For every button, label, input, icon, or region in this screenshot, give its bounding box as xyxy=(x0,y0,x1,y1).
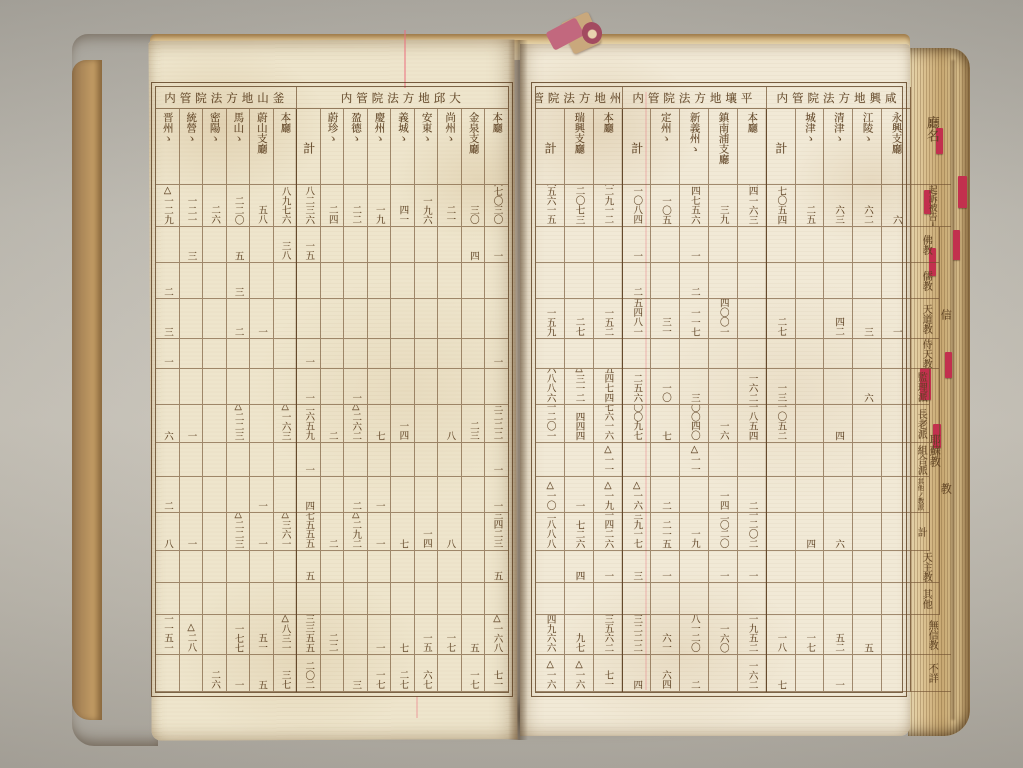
table-cell xyxy=(594,583,623,615)
statistics-table-right-grid: 内管院法方地州海内管院法方地壤平内管院法方地興咸計瑞興支廳本廳計定州ゝ新義州ゝ鎮… xyxy=(535,86,903,693)
table-cell: △八六四一六三 xyxy=(738,185,767,227)
table-row xyxy=(536,339,910,369)
table-cell: 一七 xyxy=(438,615,462,655)
table-cell: 一〇五 xyxy=(651,185,680,227)
table-cell xyxy=(824,583,853,615)
table-cell: 七 xyxy=(767,655,796,692)
table-cell xyxy=(250,227,274,263)
table-cell xyxy=(344,583,368,615)
table-cell: 五 xyxy=(227,227,251,263)
table-cell xyxy=(882,443,910,477)
table-cell: 三〇 xyxy=(462,185,486,227)
court-group-label: 内管院法方地山釜 xyxy=(164,90,288,106)
table-cell: △二〇〇四〇 xyxy=(680,405,709,443)
table-cell xyxy=(391,369,415,405)
office-column-header: 蔚珍ゝ xyxy=(321,109,345,185)
table-cell xyxy=(565,583,594,615)
table-cell xyxy=(623,583,652,615)
table-cell: 一六〇 xyxy=(709,615,738,655)
table-corner-office-name: 廳名 xyxy=(911,87,951,185)
table-cell xyxy=(274,369,298,405)
table-cell xyxy=(594,263,623,299)
table-cell: 五 xyxy=(297,551,321,583)
table-cell: △五三九一七 xyxy=(623,513,652,551)
row-label-category: 計 xyxy=(911,513,929,551)
office-column-total: 計 xyxy=(297,109,321,185)
table-cell: △五四七四 xyxy=(594,369,623,405)
table-cell: 四 xyxy=(297,477,321,513)
table-cell xyxy=(853,339,882,369)
court-group-header: 内管院法方地邱大 xyxy=(297,87,508,109)
table-cell xyxy=(415,369,439,405)
table-cell xyxy=(738,443,767,477)
table-cell xyxy=(824,339,853,369)
table-cell: △二八 xyxy=(180,615,204,655)
table-cell xyxy=(203,299,227,339)
table-cell: 五二 xyxy=(824,615,853,655)
table-row: △一〇一△一九△一六二一四二 xyxy=(536,477,910,513)
table-cell: 二三 xyxy=(462,405,486,443)
table-cell: 七一 xyxy=(485,655,508,692)
office-column-header: 蔚山支廳 xyxy=(250,109,274,185)
table-cell: 二二 xyxy=(321,615,345,655)
table-cell xyxy=(438,655,462,692)
table-cell xyxy=(250,551,274,583)
table-cell xyxy=(274,551,298,583)
table-cell: △二二三 xyxy=(227,405,251,443)
table-cell xyxy=(853,227,882,263)
table-row: △一一△一一 xyxy=(536,443,910,477)
table-cell xyxy=(344,227,368,263)
table-cell xyxy=(824,477,853,513)
table-cell: 一 xyxy=(368,477,392,513)
table-cell: 五 xyxy=(250,655,274,692)
table-cell xyxy=(767,551,796,583)
table-cell xyxy=(680,551,709,583)
court-group-header: 内管院法方地壤平 xyxy=(623,87,767,109)
table-cell: 二 xyxy=(623,263,652,299)
table-cell: 二 xyxy=(680,655,709,692)
table-cell xyxy=(274,477,298,513)
table-cell: 三 xyxy=(227,263,251,299)
table-cell: 一六 xyxy=(709,405,738,443)
table-cell: 一 xyxy=(485,477,508,513)
table-cell: 一 xyxy=(180,405,204,443)
table-cell xyxy=(344,263,368,299)
table-cell: △七〇五四 xyxy=(767,185,796,227)
table-cell: 二 xyxy=(680,263,709,299)
table-row: 八一△二二三一△三六一△二七五五五二△二九二一七一四八△三四二三 xyxy=(156,513,508,551)
table-cell: △二〇七三 xyxy=(565,185,594,227)
table-row: 二二 xyxy=(536,263,910,299)
group-strip-shinkyo: 信教 xyxy=(939,227,951,615)
row-label-category: 不詳 xyxy=(911,655,951,692)
table-cell xyxy=(391,583,415,615)
row-label-category: 監理派 xyxy=(911,369,929,405)
table-cell: 一 xyxy=(297,339,321,369)
table-cell xyxy=(321,299,345,339)
office-column-header: 清津ゝ xyxy=(824,109,853,185)
table-cell: 一 xyxy=(623,227,652,263)
table-cell: 二二〇 xyxy=(227,185,251,227)
table-cell: △一一 xyxy=(680,443,709,477)
table-cell: 二六 xyxy=(203,655,227,692)
table-cell xyxy=(203,263,227,299)
table-cell: △三一二 xyxy=(565,369,594,405)
table-cell: 四四九六六 xyxy=(536,615,565,655)
table-row: △一六△一六七一四六四二一六二七一 xyxy=(536,655,910,692)
table-cell xyxy=(462,477,486,513)
court-group-label: 内管院法方地壤平 xyxy=(632,90,756,106)
table-cell xyxy=(368,443,392,477)
table-cell: △六八八六 xyxy=(536,369,565,405)
table-cell: 一五 xyxy=(415,615,439,655)
table-row: △一一五一△二八一七七五一△八三一△三三五五二二一七一五一七五△一六八 xyxy=(156,615,508,655)
table-cell xyxy=(709,443,738,477)
table-cell xyxy=(344,339,368,369)
table-cell xyxy=(156,655,180,692)
table-cell: 四 xyxy=(623,655,652,692)
table-cell xyxy=(462,583,486,615)
table-cell xyxy=(156,369,180,405)
table-cell xyxy=(882,369,910,405)
table-row: 三二一 xyxy=(156,299,508,339)
table-cell xyxy=(156,551,180,583)
table-cell xyxy=(180,655,204,692)
table-cell: 一 xyxy=(565,477,594,513)
table-cell xyxy=(462,339,486,369)
table-cell: 一 xyxy=(680,227,709,263)
table-cell xyxy=(462,513,486,551)
table-cell: △五四八一 xyxy=(623,299,652,339)
table-cell xyxy=(438,477,462,513)
table-cell xyxy=(882,405,910,443)
office-column-header: 統營ゝ xyxy=(180,109,204,185)
table-cell xyxy=(274,263,298,299)
table-cell xyxy=(623,443,652,477)
office-name-row: 晋州ゝ統營ゝ密陽ゝ馬山ゝ蔚山支廳本廳計蔚珍ゝ盈德ゝ慶州ゝ義城ゝ安東ゝ尚州ゝ金泉支… xyxy=(156,109,508,185)
table-row: 六一△二二三△一六三△二六五九二△二六二七一四八二三△三二二二 xyxy=(156,405,508,443)
table-cell: 三 xyxy=(344,655,368,692)
table-cell xyxy=(767,477,796,513)
table-cell xyxy=(882,263,910,299)
table-cell xyxy=(882,339,910,369)
row-label-prosecuted-defendants: 起訴被告人員 xyxy=(911,185,951,227)
table-cell xyxy=(415,263,439,299)
table-cell xyxy=(391,263,415,299)
table-cell: △二六二 xyxy=(344,405,368,443)
table-cell xyxy=(709,369,738,405)
table-cell xyxy=(321,339,345,369)
table-cell xyxy=(321,551,345,583)
table-cell xyxy=(391,227,415,263)
table-cell xyxy=(438,339,462,369)
table-cell: △一四二六 xyxy=(594,513,623,551)
table-cell xyxy=(853,655,882,692)
table-cell: △三六一 xyxy=(274,513,298,551)
table-cell: △四七〇三〇 xyxy=(485,185,508,227)
office-column-header: 金泉支廳 xyxy=(462,109,486,185)
table-cell: △一二〇一 xyxy=(536,405,565,443)
table-cell xyxy=(368,551,392,583)
table-cell: 三九 xyxy=(709,185,738,227)
table-cell xyxy=(203,513,227,551)
table-cell: 四一 xyxy=(391,185,415,227)
row-label-category: 天道教 xyxy=(911,299,939,339)
court-group-label: 内管院法方地邱大 xyxy=(341,90,465,106)
office-column-header: 安東ゝ xyxy=(415,109,439,185)
office-column-header: 晋州ゝ xyxy=(156,109,180,185)
table-cell xyxy=(368,263,392,299)
table-row xyxy=(156,583,508,615)
table-cell xyxy=(536,339,565,369)
table-cell: 二 xyxy=(227,299,251,339)
table-row: 二一四二一一 xyxy=(156,477,508,513)
table-cell xyxy=(536,263,565,299)
table-cell: △一一六二 xyxy=(738,369,767,405)
table-cell xyxy=(853,583,882,615)
table-cell: 一 xyxy=(250,513,274,551)
table-cell xyxy=(344,299,368,339)
table-cell xyxy=(391,477,415,513)
table-cell xyxy=(485,299,508,339)
table-cell xyxy=(227,551,251,583)
table-cell: 一〇五二 xyxy=(767,405,796,443)
table-cell: △二七五五五 xyxy=(297,513,321,551)
table-cell xyxy=(250,339,274,369)
table-cell xyxy=(738,339,767,369)
office-column-header: 本廳 xyxy=(594,109,623,185)
row-label-category: 其他 xyxy=(911,583,939,615)
table-cell: 四 xyxy=(796,513,825,551)
office-column-header: 馬山ゝ xyxy=(227,109,251,185)
table-cell: 六 xyxy=(824,513,853,551)
table-cell: 二〇二 xyxy=(297,655,321,692)
office-column-total: 計 xyxy=(536,109,565,185)
table-cell: △一六 xyxy=(623,477,652,513)
court-group-header: 内管院法方地山釜 xyxy=(156,87,297,109)
table-cell: 三 xyxy=(623,551,652,583)
table-cell xyxy=(250,369,274,405)
table-cell xyxy=(767,339,796,369)
table-cell xyxy=(796,299,825,339)
table-cell xyxy=(156,443,180,477)
table-cell: 四 xyxy=(565,551,594,583)
table-cell xyxy=(651,339,680,369)
table-cell xyxy=(274,443,298,477)
table-row: △六八八六△三一二△五四七四△一二五六一〇三△一一六二一三六 xyxy=(536,369,910,405)
table-cell xyxy=(882,655,910,692)
table-cell xyxy=(156,227,180,263)
table-cell xyxy=(368,369,392,405)
table-cell: △四〇〇九七 xyxy=(623,405,652,443)
table-cell xyxy=(321,655,345,692)
table-cell xyxy=(438,299,462,339)
table-cell xyxy=(438,583,462,615)
table-columns: 内管院法方地山釜内管院法方地邱大晋州ゝ統營ゝ密陽ゝ馬山ゝ蔚山支廳本廳計蔚珍ゝ盈德… xyxy=(156,87,508,692)
red-tab-icon xyxy=(953,230,960,260)
table-cell xyxy=(565,443,594,477)
table-cell xyxy=(767,227,796,263)
table-cell: △二九二 xyxy=(344,513,368,551)
table-cell: 二 xyxy=(321,513,345,551)
table-cell xyxy=(462,369,486,405)
court-group-label: 内管院法方地州海 xyxy=(536,90,623,106)
table-cell: △三二二二 xyxy=(623,615,652,655)
table-cell: 一九 xyxy=(680,513,709,551)
table-cell xyxy=(368,339,392,369)
table-cell xyxy=(297,583,321,615)
table-cell xyxy=(651,263,680,299)
table-cell: 六 xyxy=(882,185,910,227)
table-cell xyxy=(738,263,767,299)
table-cell xyxy=(321,477,345,513)
table-cell xyxy=(536,227,565,263)
table-cell: △一九 xyxy=(594,477,623,513)
table-cell xyxy=(180,477,204,513)
table-cell: 一 xyxy=(485,227,508,263)
table-cell xyxy=(415,405,439,443)
table-cell: 一 xyxy=(485,339,508,369)
page-stack-left-edge xyxy=(72,34,158,746)
table-cell: 一九六 xyxy=(415,185,439,227)
table-cell: 一 xyxy=(250,299,274,339)
table-cell: 八 xyxy=(156,513,180,551)
table-cell: 一九 xyxy=(368,185,392,227)
office-column-header: 瑞興支廳 xyxy=(565,109,594,185)
table-cell: 一四 xyxy=(709,477,738,513)
table-cell xyxy=(536,443,565,477)
table-cell xyxy=(321,583,345,615)
table-cell xyxy=(438,227,462,263)
table-cell xyxy=(438,551,462,583)
table-row: 一五九二七一五二△五四八一三一一一七△四〇〇一二七四二三一 xyxy=(536,299,910,339)
office-column-header: 城津ゝ xyxy=(796,109,825,185)
table-cell: 五八 xyxy=(250,185,274,227)
statistics-table-left-grid: 内管院法方地山釜内管院法方地邱大晋州ゝ統營ゝ密陽ゝ馬山ゝ蔚山支廳本廳計蔚珍ゝ盈德… xyxy=(155,86,509,693)
table-cell: 二七 xyxy=(565,299,594,339)
row-label-category: 其他ノ教派 xyxy=(911,477,929,513)
table-cell: △八二三六 xyxy=(297,185,321,227)
table-cell: 五一 xyxy=(250,615,274,655)
table-cell: 二七 xyxy=(767,299,796,339)
table-cell: 三一 xyxy=(651,299,680,339)
table-cell xyxy=(227,369,251,405)
table-cell xyxy=(738,583,767,615)
row-label-category: 無信教 xyxy=(911,615,951,655)
table-cell: 七二六 xyxy=(565,513,594,551)
table-cell xyxy=(796,655,825,692)
table-cell: 一八 xyxy=(767,615,796,655)
table-cell xyxy=(882,583,910,615)
table-cell xyxy=(438,369,462,405)
table-cell: 二二 xyxy=(344,185,368,227)
table-cell: 二 xyxy=(738,477,767,513)
table-cell xyxy=(321,263,345,299)
table-cell: △三二二二 xyxy=(485,405,508,443)
table-cell xyxy=(853,263,882,299)
table-cell xyxy=(438,263,462,299)
table-cell: 一四 xyxy=(391,405,415,443)
table-row: △一二〇一四四四△七六一六△四〇〇九七七△二〇〇四〇一六△一八五四一〇五二四 xyxy=(536,405,910,443)
table-cell: 六七 xyxy=(415,655,439,692)
table-cell: 八 xyxy=(438,405,462,443)
table-cell xyxy=(180,443,204,477)
table-cell xyxy=(882,227,910,263)
table-cell xyxy=(368,299,392,339)
table-cell xyxy=(180,551,204,583)
table-cell: 一 xyxy=(297,369,321,405)
group-strip-yasokyo: 耶蘇教 xyxy=(929,369,939,551)
table-cell: 一七 xyxy=(796,615,825,655)
table-cell: 一 xyxy=(485,443,508,477)
table-row: 四四九六六九七△三五六二△三二二二六一八一二〇一六〇△一九五二一八一七五二五 xyxy=(536,615,910,655)
table-cell xyxy=(344,443,368,477)
table-cell: 一六二 xyxy=(738,655,767,692)
table-cell: △一八九七六 xyxy=(274,185,298,227)
table-cell: 一一七 xyxy=(680,299,709,339)
table-cell xyxy=(462,263,486,299)
table-cell xyxy=(485,369,508,405)
table-row: △二八八八七二六△一四二六△五三九一七二一五一九△五二〇二〇△一二〇二四六 xyxy=(536,513,910,551)
table-cell: 六四 xyxy=(651,655,680,692)
table-cell xyxy=(297,299,321,339)
table-cell xyxy=(321,443,345,477)
table-cell: 三 xyxy=(156,299,180,339)
table-cell: 一 xyxy=(368,615,392,655)
table-cell: 一 xyxy=(738,551,767,583)
table-cell xyxy=(203,551,227,583)
table-cell xyxy=(391,443,415,477)
table-cell xyxy=(824,263,853,299)
table-cell: △四七五六 xyxy=(680,185,709,227)
table-cell xyxy=(651,227,680,263)
table-cell: 一 xyxy=(882,299,910,339)
row-label-category: 侍天教 xyxy=(911,339,939,369)
table-cell xyxy=(565,339,594,369)
table-cell: 七 xyxy=(651,405,680,443)
table-cell xyxy=(796,369,825,405)
table-cell xyxy=(415,339,439,369)
table-cell xyxy=(680,339,709,369)
table-cell xyxy=(594,227,623,263)
table-cell xyxy=(391,551,415,583)
table-cell: 七 xyxy=(368,405,392,443)
table-cell: 二七 xyxy=(391,655,415,692)
table-cell xyxy=(203,405,227,443)
table-cell xyxy=(824,369,853,405)
table-cell: △一〇 xyxy=(536,477,565,513)
table-cell xyxy=(709,583,738,615)
table-columns: 内管院法方地州海内管院法方地壤平内管院法方地興咸計瑞興支廳本廳計定州ゝ新義州ゝ鎮… xyxy=(536,87,910,692)
court-group-header: 内管院法方地州海 xyxy=(536,87,623,109)
group-header-row: 内管院法方地山釜内管院法方地邱大 xyxy=(156,87,508,109)
table-cell: 八 xyxy=(438,513,462,551)
table-cell xyxy=(180,299,204,339)
table-cell xyxy=(462,551,486,583)
table-row xyxy=(536,583,910,615)
table-cell: 二一 xyxy=(438,185,462,227)
table-cell xyxy=(203,615,227,655)
office-column-header: 盈德ゝ xyxy=(344,109,368,185)
table-cell: 二五 xyxy=(796,185,825,227)
table-cell xyxy=(485,263,508,299)
table-cell xyxy=(565,227,594,263)
table-cell: 二四 xyxy=(321,185,345,227)
table-cell xyxy=(824,227,853,263)
table-cell: 一 xyxy=(651,551,680,583)
office-column-header: 密陽ゝ xyxy=(203,109,227,185)
